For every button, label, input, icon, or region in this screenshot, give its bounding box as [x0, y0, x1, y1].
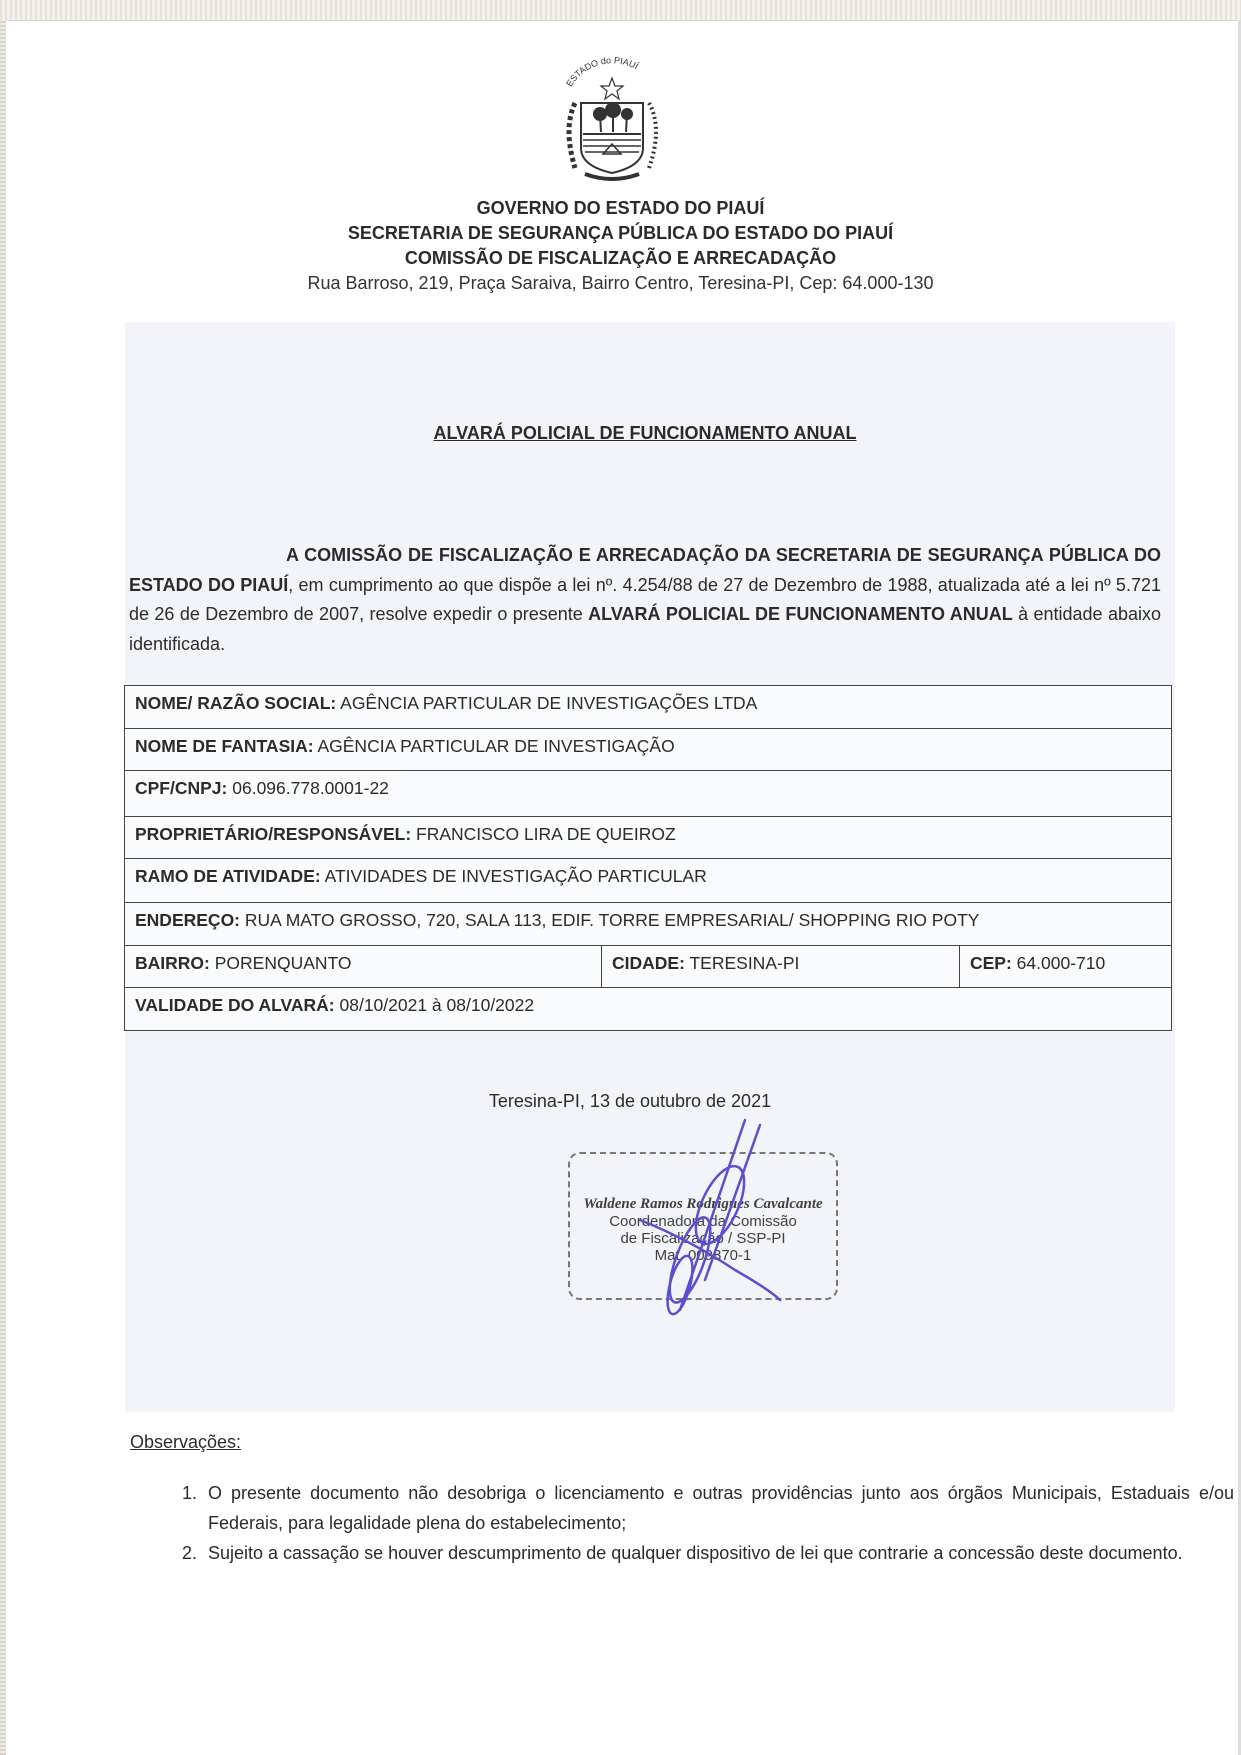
table-row: PROPRIETÁRIO/RESPONSÁVEL: FRANCISCO LIRA…	[125, 817, 1172, 859]
intro-paragraph: A COMISSÃO DE FISCALIZAÇÃO E ARRECADAÇÃO…	[129, 541, 1161, 659]
field-value-bairro: PORENQUANTO	[210, 953, 352, 973]
table-row: NOME/ RAZÃO SOCIAL: AGÊNCIA PARTICULAR D…	[125, 686, 1172, 729]
observations-title: Observações:	[130, 1432, 241, 1453]
table-row: NOME DE FANTASIA: AGÊNCIA PARTICULAR DE …	[125, 729, 1172, 771]
intro-bold-2: ALVARÁ POLICIAL DE FUNCIONAMENTO ANUAL	[588, 604, 1013, 624]
observation-item: Sujeito a cassação se houver descumprime…	[202, 1538, 1234, 1568]
field-label: CEP:	[970, 953, 1012, 973]
field-value-ramo: ATIVIDADES DE INVESTIGAÇÃO PARTICULAR	[321, 866, 707, 886]
field-value-cidade: TERESINA-PI	[685, 953, 799, 973]
state-coat-of-arms-icon: ESTADO do PIAUÍ	[545, 48, 680, 188]
scan-edge-top	[0, 0, 1241, 21]
header-commission: COMISSÃO DE FISCALIZAÇÃO E ARRECADAÇÃO	[0, 246, 1241, 271]
field-label: ENDEREÇO:	[135, 910, 240, 930]
seal-text: ESTADO do PIAUÍ	[564, 55, 640, 88]
observations-list: O presente documento não desobriga o lic…	[130, 1478, 1234, 1568]
field-label: PROPRIETÁRIO/RESPONSÁVEL:	[135, 824, 411, 844]
place-and-date: Teresina-PI, 13 de outubro de 2021	[430, 1091, 830, 1112]
field-label: CIDADE:	[612, 953, 685, 973]
field-label: VALIDADE DO ALVARÁ:	[135, 995, 335, 1015]
field-value-razao-social: AGÊNCIA PARTICULAR DE INVESTIGAÇÕES LTDA	[336, 693, 757, 713]
header-secretariat: SECRETARIA DE SEGURANÇA PÚBLICA DO ESTAD…	[0, 221, 1241, 246]
stamp-role: Coordenadora da Comissão	[570, 1213, 836, 1230]
field-label: RAMO DE ATIVIDADE:	[135, 866, 321, 886]
field-value-cep: 64.000-710	[1012, 953, 1105, 973]
field-value-endereco: RUA MATO GROSSO, 720, SALA 113, EDIF. TO…	[240, 910, 979, 930]
field-label: NOME DE FANTASIA:	[135, 736, 314, 756]
table-row: ENDEREÇO: RUA MATO GROSSO, 720, SALA 113…	[125, 903, 1172, 946]
table-row: RAMO DE ATIVIDADE: ATIVIDADES DE INVESTI…	[125, 859, 1172, 903]
table-row: BAIRRO: PORENQUANTO CIDADE: TERESINA-PI …	[125, 946, 1172, 988]
header: GOVERNO DO ESTADO DO PIAUÍ SECRETARIA DE…	[0, 196, 1241, 296]
svg-text:ESTADO do PIAUÍ: ESTADO do PIAUÍ	[564, 55, 640, 88]
field-label: BAIRRO:	[135, 953, 210, 973]
stamp-department: de Fiscalização / SSP-PI	[570, 1230, 836, 1247]
header-government: GOVERNO DO ESTADO DO PIAUÍ	[0, 196, 1241, 221]
document-title: ALVARÁ POLICIAL DE FUNCIONAMENTO ANUAL	[0, 423, 1241, 444]
field-value-validade: 08/10/2021 à 08/10/2022	[335, 995, 535, 1015]
field-label: NOME/ RAZÃO SOCIAL:	[135, 693, 336, 713]
header-address: Rua Barroso, 219, Praça Saraiva, Bairro …	[0, 271, 1241, 296]
stamp-registration: Mat. 009870-1	[570, 1247, 836, 1264]
field-value-nome-fantasia: AGÊNCIA PARTICULAR DE INVESTIGAÇÃO	[314, 736, 675, 756]
official-stamp: Waldene Ramos Rodrigues Cavalcante Coord…	[568, 1152, 838, 1300]
stamp-name: Waldene Ramos Rodrigues Cavalcante	[570, 1196, 836, 1213]
table-row: CPF/CNPJ: 06.096.778.0001-22	[125, 771, 1172, 817]
table-row: VALIDADE DO ALVARÁ: 08/10/2021 à 08/10/2…	[125, 988, 1172, 1031]
field-value-cpf-cnpj: 06.096.778.0001-22	[227, 778, 389, 798]
field-value-proprietario: FRANCISCO LIRA DE QUEIROZ	[411, 824, 675, 844]
entity-info-table: NOME/ RAZÃO SOCIAL: AGÊNCIA PARTICULAR D…	[124, 685, 1172, 1031]
observation-item: O presente documento não desobriga o lic…	[202, 1478, 1234, 1538]
field-label: CPF/CNPJ:	[135, 778, 227, 798]
